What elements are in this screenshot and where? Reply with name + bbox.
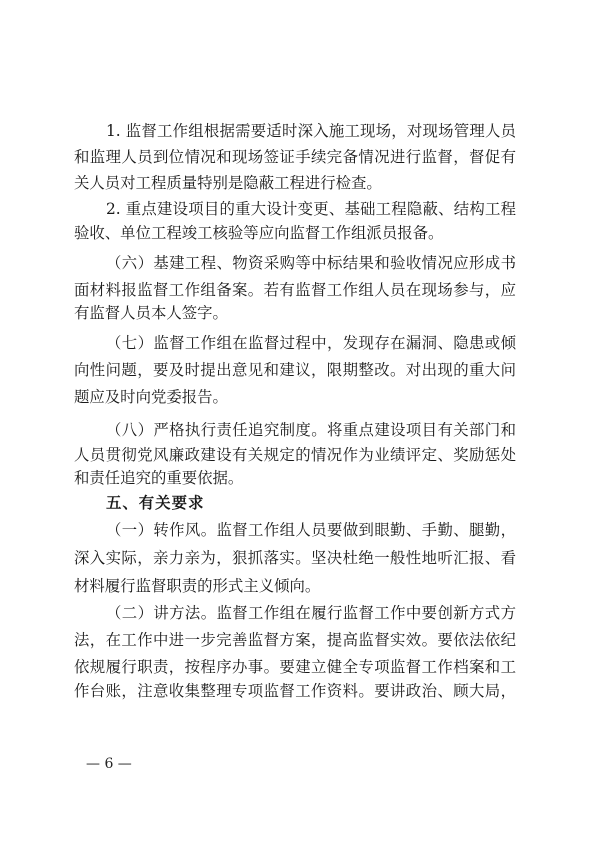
- paragraph-section-6-line-1: （六）基建工程、物资采购等中标结果和验收情况应形成书: [106, 253, 516, 273]
- paragraph-req-2-line-3: 依规履行职责，按程序办事。要建立健全专项监督工作档案和工: [74, 657, 516, 677]
- paragraph-item-1-line-3: 关人员对工程质量特别是隐蔽工程进行检查。: [74, 173, 516, 193]
- section-heading-5: 五、有关要求: [106, 493, 204, 513]
- paragraph-section-8-line-1: （八）严格执行责任追究制度。将重点建设项目有关部门和: [106, 420, 516, 440]
- document-page: 1. 监督工作组根据需要适时深入施工现场，对现场管理人员 和监理人员到位情况和现…: [0, 0, 596, 842]
- paragraph-req-2-line-4: 作台账，注意收集整理专项监督工作资料。要讲政治、顾大局，: [74, 681, 516, 701]
- paragraph-section-7-line-3: 题应及时向党委报告。: [74, 387, 516, 407]
- paragraph-req-2-line-1: （二）讲方法。监督工作组在履行监督工作中要创新方式方: [106, 603, 516, 623]
- paragraph-section-6-line-3: 有监督人员本人签字。: [74, 303, 516, 323]
- paragraph-req-1-line-1: （一）转作风。监督工作组人员要做到眼勤、手勤、腿勤，: [106, 520, 516, 540]
- page-number: — 6 —: [86, 755, 132, 773]
- paragraph-section-7-line-2: 向性问题，要及时提出意见和建议，限期整改。对出现的重大问: [74, 360, 516, 380]
- paragraph-section-8-line-3: 和责任追究的重要依据。: [74, 468, 516, 488]
- paragraph-section-8-line-2: 人员贯彻党风廉政建设有关规定的情况作为业绩评定、奖励惩处: [74, 445, 516, 465]
- paragraph-section-7-line-1: （七）监督工作组在监督过程中，发现存在漏洞、隐患或倾: [106, 333, 516, 353]
- paragraph-req-1-line-3: 材料履行监督职责的形式主义倾向。: [74, 576, 516, 596]
- paragraph-item-1-line-1: 1. 监督工作组根据需要适时深入施工现场，对现场管理人员: [106, 121, 516, 141]
- paragraph-section-6-line-2: 面材料报监督工作组备案。若有监督工作组人员在现场参与，应: [74, 280, 516, 300]
- paragraph-item-2-line-1: 2. 重点建设项目的重大设计变更、基础工程隐蔽、结构工程: [106, 199, 516, 219]
- paragraph-item-2-line-2: 验收、单位工程竣工核验等应向监督工作组派员报备。: [74, 223, 516, 243]
- paragraph-req-1-line-2: 深入实际，亲力亲为，狠抓落实。坚决杜绝一般性地听汇报、看: [74, 548, 516, 568]
- paragraph-item-1-line-2: 和监理人员到位情况和现场签证手续完备情况进行监督，督促有: [74, 147, 516, 167]
- paragraph-req-2-line-2: 法，在工作中进一步完善监督方案，提高监督实效。要依法依纪: [74, 630, 516, 650]
